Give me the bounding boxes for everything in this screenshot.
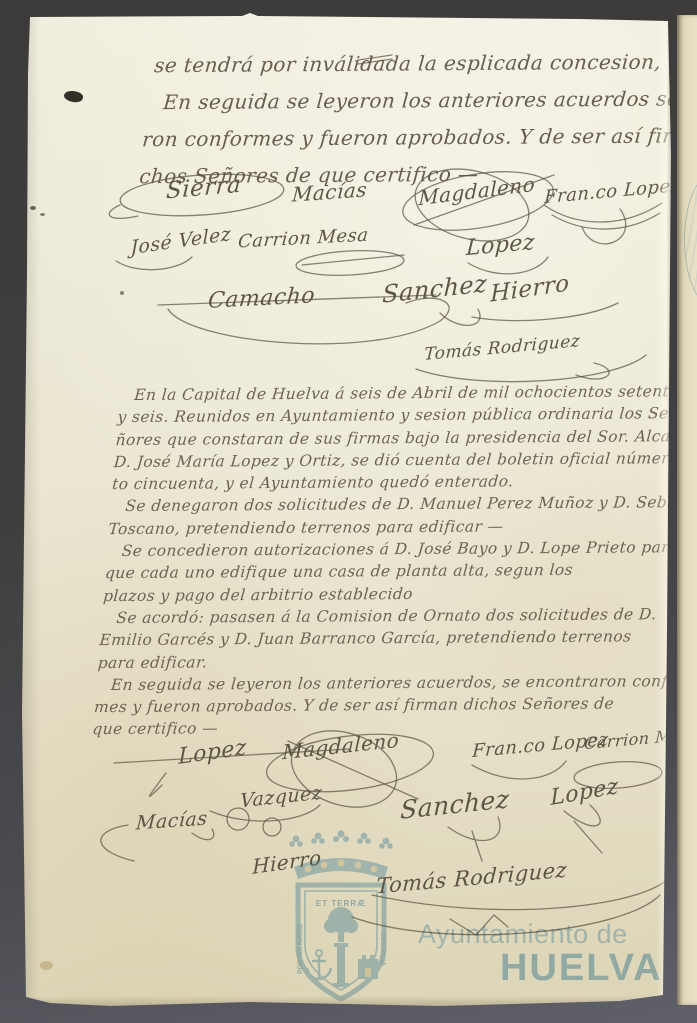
signature: Lopez <box>465 230 535 261</box>
signature: Sierra <box>165 172 242 205</box>
manuscript-line: En seguida se leyeron los anteriores acu… <box>144 80 697 121</box>
ink-blot <box>63 89 84 104</box>
manuscript-line: Se concedieron autorizaciones á D. José … <box>106 536 697 563</box>
signature: Carrion Mesa <box>237 225 369 253</box>
paper-stain <box>40 961 53 970</box>
signature: Vazquez <box>240 782 323 813</box>
signature: Macías <box>135 807 208 834</box>
watermark-org-text: Ayuntamiento de <box>418 919 628 950</box>
ink-speck <box>40 213 45 216</box>
manuscript-line: se tendrá por inválidada la esplicada co… <box>147 43 697 84</box>
stamp-fragment-icon <box>684 175 697 305</box>
crest-column-icon <box>333 943 349 987</box>
crest-shield: ET TERRÆ PORTUS MARIS CUSTODIA <box>297 885 386 999</box>
page-bottom-shadow <box>20 996 672 1008</box>
crest-motto-top: ET TERRÆ <box>316 899 366 908</box>
signature: Hierro <box>490 270 569 307</box>
signature: Sanchez <box>400 784 510 825</box>
signature: Lopez <box>550 774 619 811</box>
signature: Lopez <box>178 735 246 770</box>
signature: Tomás Rodriguez <box>376 858 568 899</box>
manuscript-line: Emilio Garcés y D. Juan Barranco García,… <box>99 625 697 652</box>
manuscript-page: ET TERRÆ PORTUS MARIS CUSTODIA <box>20 13 672 1008</box>
scanned-document: ET TERRÆ PORTUS MARIS CUSTODIA <box>0 0 697 1023</box>
page-left-shadow <box>20 13 40 1008</box>
manuscript-line: ron conformes y fueron aprobados. Y de s… <box>141 117 697 158</box>
ink-speck <box>120 291 124 295</box>
signature: José Velez <box>130 223 231 259</box>
manuscript-line: D. José María Lopez y Ortiz, se dió cuen… <box>113 447 697 474</box>
adjacent-page-edge <box>677 15 697 1005</box>
crest-motto-right: CUSTODIA <box>379 932 386 966</box>
signature: Sanchez <box>382 269 488 308</box>
signature: Camacho <box>207 283 316 314</box>
signature: Tomás Rodriguez <box>424 331 581 365</box>
crest-motto-left: PORTUS MARIS <box>297 923 304 974</box>
session-minutes: En la Capital de Huelva á seis de Abril … <box>91 380 697 741</box>
page-right-highlight <box>656 13 672 1008</box>
signature: Macías <box>291 177 368 206</box>
crest-tree-icon <box>324 907 358 942</box>
manuscript-line: Se denegaron dos solicitudes de D. Manue… <box>109 491 697 518</box>
watermark-city-text: HUELVA <box>500 947 663 990</box>
